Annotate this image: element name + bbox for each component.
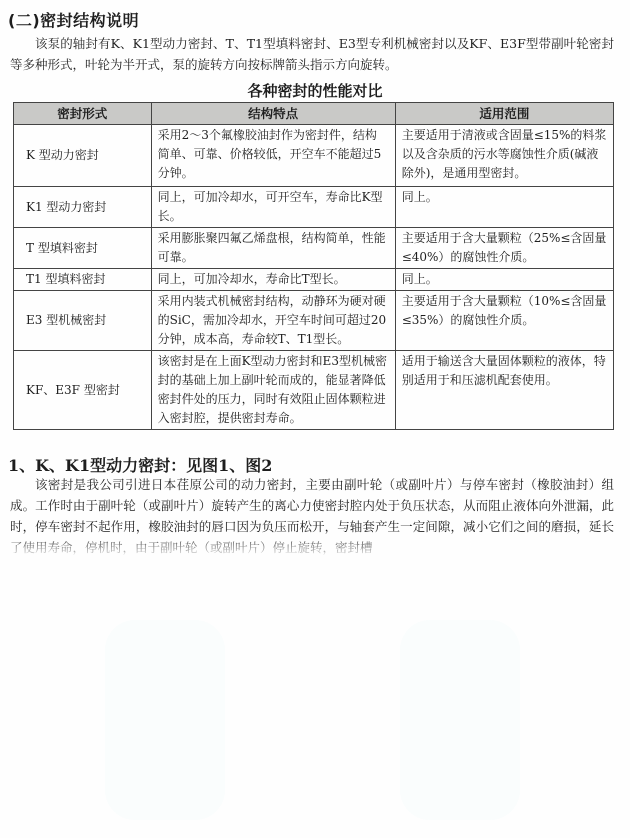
cell-scope: 同上。 bbox=[395, 269, 613, 291]
cell-scope: 主要适用于含大量颗粒（25%≤含固量≤40%）的腐蚀性介质。 bbox=[395, 228, 613, 269]
cell-seal-type: KF、E3F 型密封 bbox=[14, 351, 152, 430]
cell-seal-type: K1 型动力密封 bbox=[14, 187, 152, 228]
document-page: (二)密封结构说明 该泵的轴封有K、K1型动力密封、T、T1型填料密封、E3型专… bbox=[0, 0, 630, 838]
table-row: T 型填料密封 采用膨胀聚四氟乙烯盘根，结构简单，性能可靠。 主要适用于含大量颗… bbox=[14, 228, 614, 269]
cell-features: 采用内装式机械密封结构，动静环为硬对硬的SiC，需加冷却水，开空车时间可超过20… bbox=[151, 291, 395, 351]
header-features: 结构特点 bbox=[151, 103, 395, 125]
cell-scope: 同上。 bbox=[395, 187, 613, 228]
cell-features: 同上，可加冷却水，可开空车，寿命比K型长。 bbox=[151, 187, 395, 228]
faded-scan-area bbox=[0, 540, 630, 562]
table-row: E3 型机械密封 采用内装式机械密封结构，动静环为硬对硬的SiC，需加冷却水，开… bbox=[14, 291, 614, 351]
table-row: KF、E3F 型密封 该密封是在上面K型动力密封和E3型机械密封的基础上加上副叶… bbox=[14, 351, 614, 430]
subsection-title: 1、K、K1型动力密封：见图1、图2 bbox=[8, 453, 272, 476]
cell-scope: 主要适用于清液或含固量≤15%的料浆以及含杂质的污水等腐蚀性介质(碱液除外)，是… bbox=[395, 125, 613, 187]
faded-figure-2 bbox=[400, 620, 520, 820]
table-row: K 型动力密封 采用2～3个氟橡胶油封作为密封件，结构简单、可靠、价格较低，开空… bbox=[14, 125, 614, 187]
cell-features: 采用膨胀聚四氟乙烯盘根，结构简单，性能可靠。 bbox=[151, 228, 395, 269]
header-scope: 适用范围 bbox=[395, 103, 613, 125]
cell-features: 采用2～3个氟橡胶油封作为密封件，结构简单、可靠、价格较低，开空车不能超过5分钟… bbox=[151, 125, 395, 187]
cell-scope: 适用于输送含大量固体颗粒的液体，特别适用于和压滤机配套使用。 bbox=[395, 351, 613, 430]
section-title: (二)密封结构说明 bbox=[8, 8, 139, 31]
seal-comparison-table: 密封形式 结构特点 适用范围 K 型动力密封 采用2～3个氟橡胶油封作为密封件，… bbox=[13, 102, 614, 430]
table-title: 各种密封的性能对比 bbox=[0, 80, 630, 101]
cell-seal-type: T 型填料密封 bbox=[14, 228, 152, 269]
faded-figure-1 bbox=[105, 620, 225, 820]
table-header-row: 密封形式 结构特点 适用范围 bbox=[14, 103, 614, 125]
header-seal-type: 密封形式 bbox=[14, 103, 152, 125]
table-row: K1 型动力密封 同上，可加冷却水，可开空车，寿命比K型长。 同上。 bbox=[14, 187, 614, 228]
cell-features: 该密封是在上面K型动力密封和E3型机械密封的基础上加上副叶轮而成的，能显著降低密… bbox=[151, 351, 395, 430]
cell-scope: 主要适用于含大量颗粒（10%≤含固量≤35%）的腐蚀性介质。 bbox=[395, 291, 613, 351]
cell-features: 同上，可加冷却水，寿命比T型长。 bbox=[151, 269, 395, 291]
intro-paragraph: 该泵的轴封有K、K1型动力密封、T、T1型填料密封、E3型专利机械密封以及KF、… bbox=[10, 33, 614, 75]
cell-seal-type: K 型动力密封 bbox=[14, 125, 152, 187]
cell-seal-type: T1 型填料密封 bbox=[14, 269, 152, 291]
cell-seal-type: E3 型机械密封 bbox=[14, 291, 152, 351]
table-row: T1 型填料密封 同上，可加冷却水，寿命比T型长。 同上。 bbox=[14, 269, 614, 291]
